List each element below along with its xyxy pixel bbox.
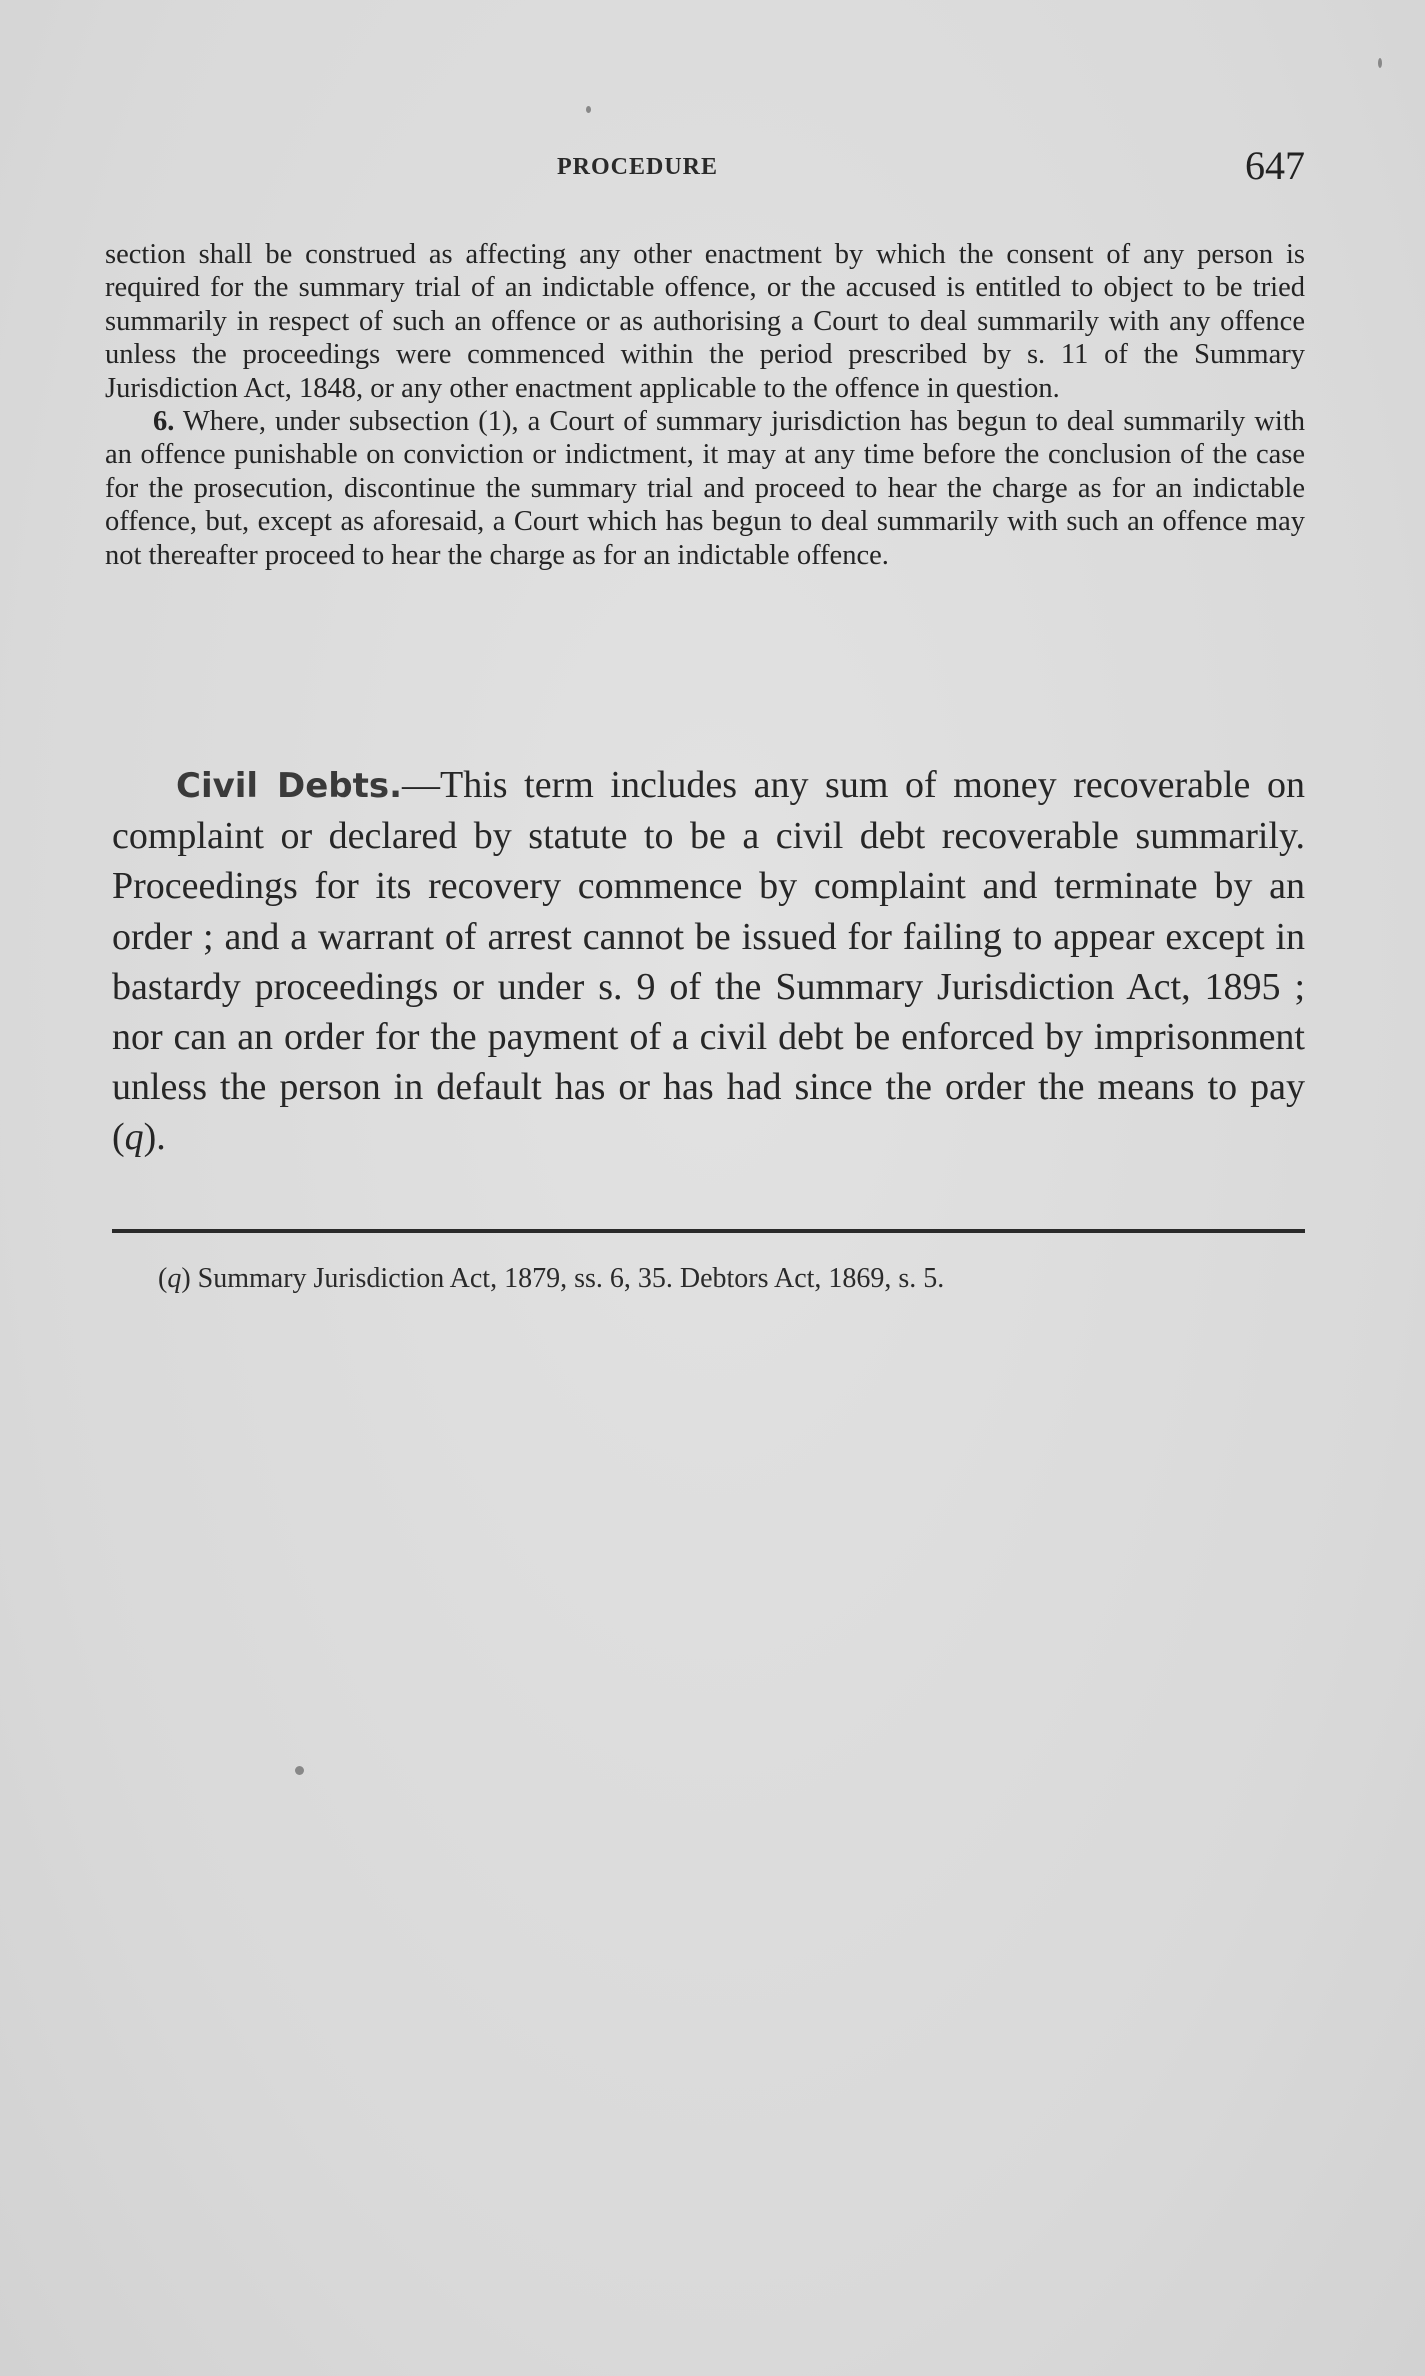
page-number: 647 [1245, 142, 1305, 189]
running-title: PROCEDURE [557, 154, 718, 181]
section-heading: Civil Debts. [176, 766, 402, 806]
statute-paragraph-6: 6. Where, under subsection (1), a Court … [105, 405, 1305, 572]
statute-paragraph-continued: section shall be construed as affecting … [105, 238, 1305, 405]
footnote: (q) Summary Jurisdiction Act, 1879, ss. … [158, 1263, 1308, 1295]
scanned-page: PROCEDURE 647 section shall be construed… [0, 0, 1425, 2376]
paragraph-text: Where, under subsection (1), a Court of … [105, 406, 1305, 571]
paper-speck [295, 1766, 304, 1775]
paper-speck [1378, 58, 1382, 68]
section-body: —This term includes any sum of money rec… [112, 764, 1305, 1158]
statute-excerpt: section shall be construed as affecting … [105, 238, 1305, 572]
section-body-end: ). [144, 1116, 166, 1158]
footnote-text: Summary Jurisdiction Act, 1879, ss. 6, 3… [191, 1263, 945, 1294]
footnote-reference: q [125, 1116, 144, 1158]
running-head: PROCEDURE 647 [105, 142, 1305, 192]
footnote-divider [112, 1229, 1305, 1233]
paragraph-number: 6. [153, 406, 174, 437]
footnote-marker: q [167, 1263, 181, 1294]
civil-debts-section: Civil Debts.—This term includes any sum … [112, 760, 1305, 1163]
paper-speck [586, 106, 591, 113]
civil-debts-paragraph: Civil Debts.—This term includes any sum … [112, 760, 1305, 1163]
